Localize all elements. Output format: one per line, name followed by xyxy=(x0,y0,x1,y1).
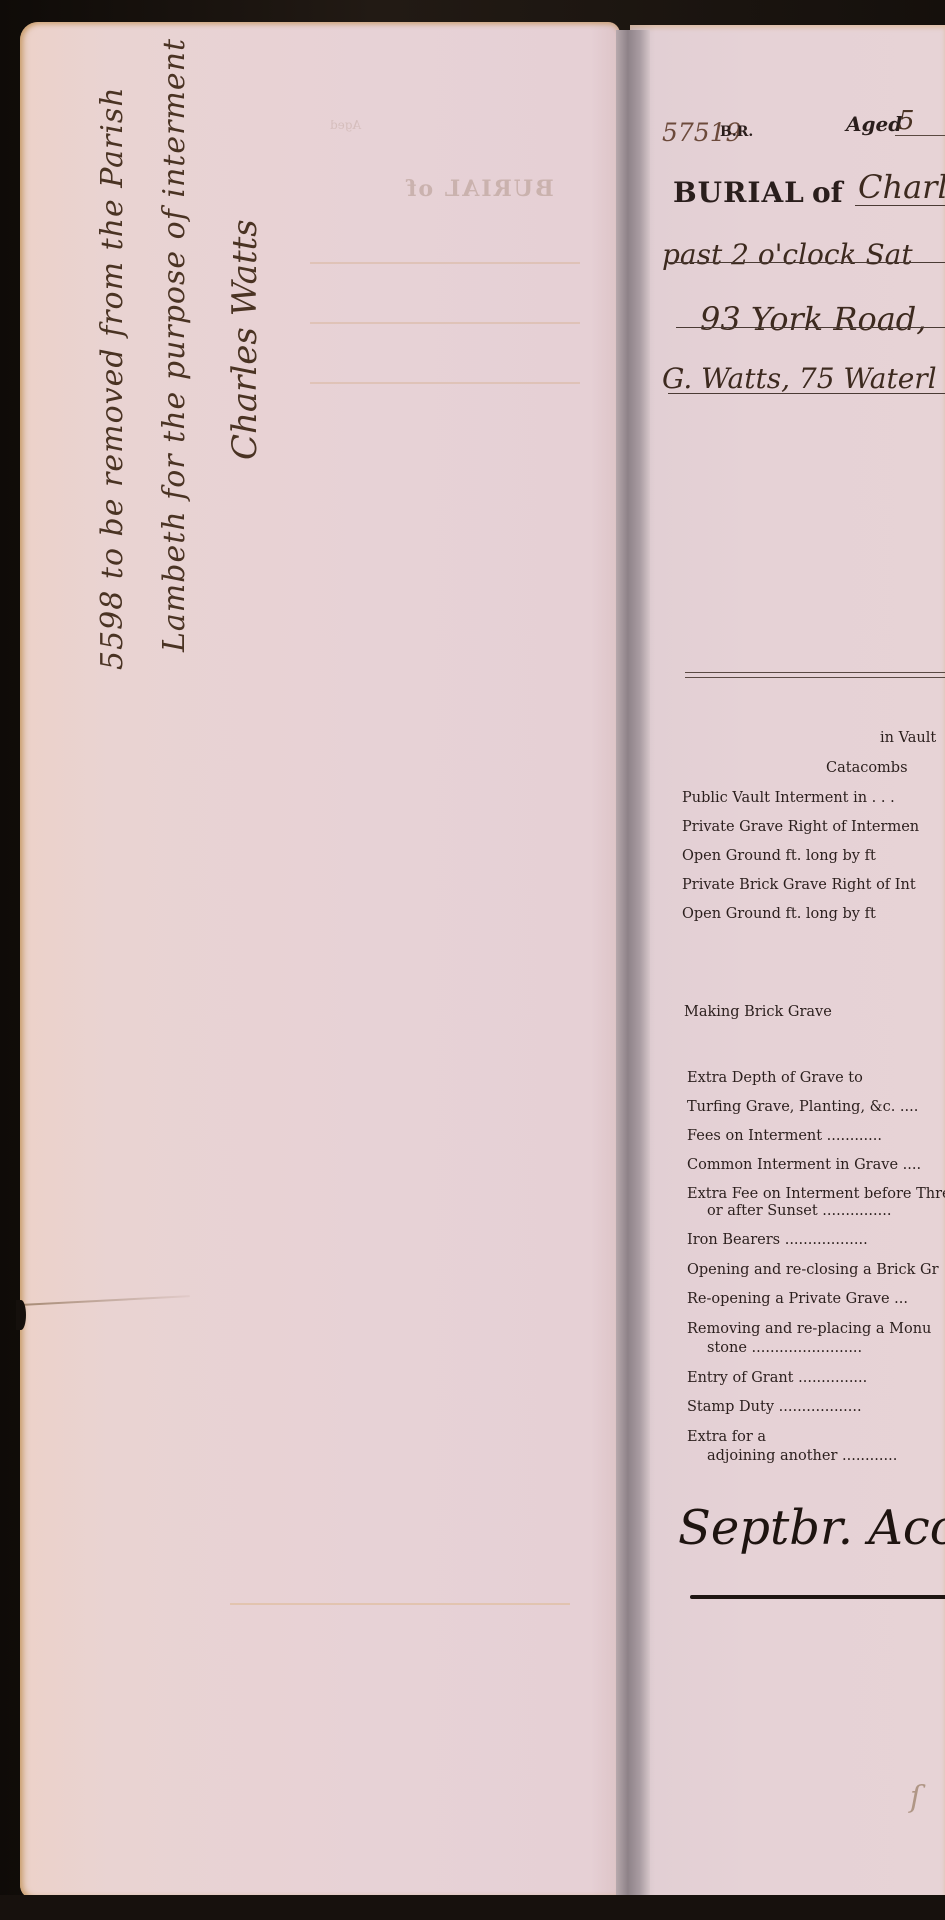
form-open-ground-2: Open Ground ft. long by ft xyxy=(682,906,876,922)
deceased-name: Charl xyxy=(858,168,945,206)
footer-rule xyxy=(690,1595,945,1599)
book-spine xyxy=(616,30,650,1900)
time-underline xyxy=(668,262,945,263)
fee-opening-brick-grave: Opening and re-closing a Brick Gr xyxy=(687,1262,939,1278)
aged-label: Aged xyxy=(846,112,902,136)
table-surface xyxy=(0,1895,945,1920)
aged-underline xyxy=(895,135,945,136)
form-making-brick-grave: Making Brick Grave xyxy=(684,1004,832,1020)
show-through-heading: BURIAL of xyxy=(405,176,554,202)
name-underline xyxy=(855,205,945,206)
form-open-ground: Open Ground ft. long by ft xyxy=(682,848,876,864)
fee-extra-before: Extra Fee on Interment before Thre xyxy=(687,1186,945,1202)
fee-adjoining-another: adjoining another ............ xyxy=(707,1448,897,1464)
fee-iron-bearers: Iron Bearers .................. xyxy=(687,1232,868,1248)
aged-value: 5 xyxy=(898,106,915,136)
fee-entry-of-grant: Entry of Grant ............... xyxy=(687,1370,867,1386)
time-entry: past 2 o'clock Sat xyxy=(662,238,913,271)
form-private-brick-grave: Private Brick Grave Right of Int xyxy=(682,877,916,893)
agent-underline xyxy=(668,393,945,394)
form-in-vault: in Vault xyxy=(880,730,936,746)
fee-stamp-duty: Stamp Duty .................. xyxy=(687,1399,862,1415)
address-underline xyxy=(676,327,945,328)
fee-after-sunset: or after Sunset ............... xyxy=(707,1203,891,1219)
show-through-line xyxy=(310,382,580,384)
section-divider xyxy=(685,672,945,678)
fee-extra-for: Extra for a xyxy=(687,1429,766,1445)
fee-stone: stone ........................ xyxy=(707,1340,862,1356)
faint-mark: ſ xyxy=(910,1780,921,1815)
address-entry: 93 York Road, xyxy=(700,300,926,338)
form-catacombs: Catacombs xyxy=(826,760,908,776)
page-notch xyxy=(16,1300,26,1330)
handwritten-note: 5598 to be removed from the Parish Lambe… xyxy=(95,70,335,670)
handwritten-footer: Septbr. Acct, xyxy=(678,1500,945,1556)
fee-common-interment: Common Interment in Grave .... xyxy=(687,1157,921,1173)
note-signature: Charles Watts xyxy=(225,219,265,460)
burial-of-label: of xyxy=(812,176,843,209)
agent-entry: G. Watts, 75 Waterl xyxy=(662,362,937,395)
form-private-grave: Private Grave Right of Intermen xyxy=(682,819,919,835)
note-line-2: Lambeth for the purpose of interment xyxy=(157,38,192,652)
fee-extra-depth: Extra Depth of Grave to xyxy=(687,1070,863,1086)
note-line-1: 5598 to be removed from the Parish xyxy=(95,86,130,670)
show-through-rule xyxy=(230,1603,570,1605)
burial-heading: BURIAL xyxy=(673,176,805,209)
page-tear xyxy=(20,1295,190,1306)
register-suffix: B.R. xyxy=(720,124,753,140)
fee-removing-monument: Removing and re-placing a Monu xyxy=(687,1321,931,1337)
show-through-line xyxy=(310,262,580,264)
fee-interment: Fees on Interment ............ xyxy=(687,1128,882,1144)
form-public-vault: Public Vault Interment in . . . xyxy=(682,790,895,806)
show-through-line xyxy=(310,322,580,324)
fee-turfing: Turfing Grave, Planting, &c. .... xyxy=(687,1099,918,1115)
fee-reopening-private: Re-opening a Private Grave ... xyxy=(687,1291,908,1307)
